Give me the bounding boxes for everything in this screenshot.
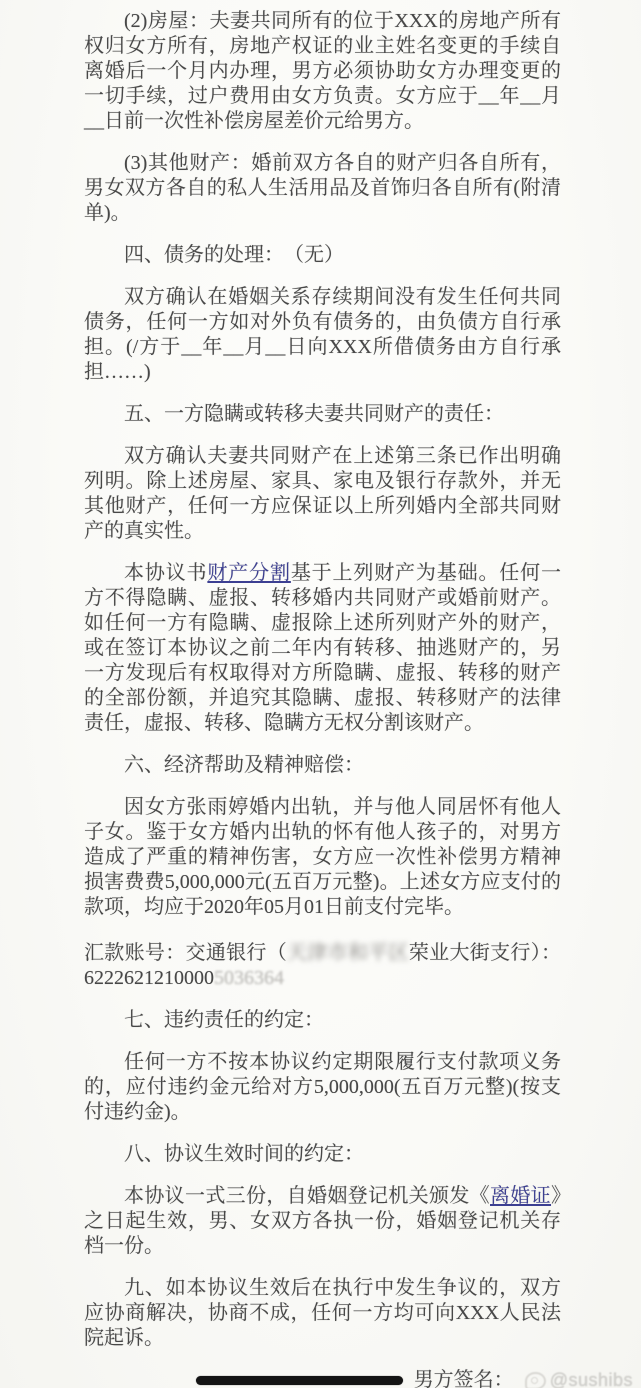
heading-effective-time: 八、协议生效时间的约定：	[84, 1142, 561, 1167]
male-signature-label: 男方签名：	[414, 1368, 514, 1388]
watermark-handle: @sushibs	[550, 1368, 633, 1388]
clause-compensation: 因女方张雨婷婚内出轨，并与他人同居怀有他人子女。鉴于女方婚内出轨的怀有他人孩子的…	[84, 795, 561, 920]
signature-row: 男方签名： @sushibs	[84, 1368, 633, 1388]
remit-text-pre: 汇款账号：交通银行（	[84, 942, 287, 964]
divorce-agreement-document: (2)房屋：夫妻共同所有的位于XXX的房地产所有权归女方所有，房地产权证的业主姓…	[0, 0, 641, 1388]
divorce-certificate-link[interactable]: 离婚证	[490, 1185, 551, 1207]
signature-redaction-bar	[196, 1376, 403, 1385]
effective-text-pre: 本协议一式三份，自婚姻登记机关颁发《	[124, 1185, 490, 1207]
remittance-account-line: 汇款账号：交通银行（天津市和平区荣业大街支行）： 622262121000050…	[84, 941, 561, 991]
heading-debts: 四、债务的处理： （无）	[84, 243, 561, 268]
remit-blurred-branch: 天津市和平区	[287, 942, 409, 964]
division-text-post: 基于上列财产为基础。任何一方不得隐瞒、虚报、转移婚内共同财产或婚前财产。如任何一…	[84, 562, 561, 734]
division-text-pre: 本协议书	[124, 562, 207, 584]
heading-breach: 七、违约责任的约定：	[84, 1008, 561, 1033]
clause-effective-time: 本协议一式三份，自婚姻登记机关颁发《离婚证》之日起生效，男、女双方各执一份，婚姻…	[84, 1184, 561, 1259]
remit-faded-digits: 5036364	[214, 967, 284, 989]
property-division-link[interactable]: 财产分割	[207, 562, 290, 584]
clause-dispute: 九、如本协议生效后在执行中发生争议的，双方应协商解决，协商不成，任何一方均可向X…	[84, 1276, 561, 1351]
heading-concealment: 五、一方隐瞒或转移夫妻共同财产的责任：	[84, 402, 561, 427]
clause-other-property: (3)其他财产：婚前双方各自的财产归各自所有，男女双方各自的私人生活用品及首饰归…	[84, 151, 561, 226]
watermark: @sushibs	[525, 1368, 633, 1388]
clause-breach: 任何一方不按本协议约定期限履行支付款项义务的，应付违约金元给对方5,000,00…	[84, 1050, 561, 1125]
clause-debts: 双方确认在婚姻关系存续期间没有发生任何共同债务，任何一方如对外负有债务的，由负债…	[84, 285, 561, 385]
clause-house: (2)房屋：夫妻共同所有的位于XXX的房地产所有权归女方所有，房地产权证的业主姓…	[84, 9, 561, 134]
weibo-watermark-icon	[525, 1372, 546, 1388]
clause-property-division: 本协议书财产分割基于上列财产为基础。任何一方不得隐瞒、虚报、转移婚内共同财产或婚…	[84, 561, 561, 736]
clause-property-confirmation: 双方确认夫妻共同财产在上述第三条已作出明确列明。除上述房屋、家具、家电及银行存款…	[84, 444, 561, 544]
heading-compensation: 六、经济帮助及精神赔偿：	[84, 753, 561, 778]
